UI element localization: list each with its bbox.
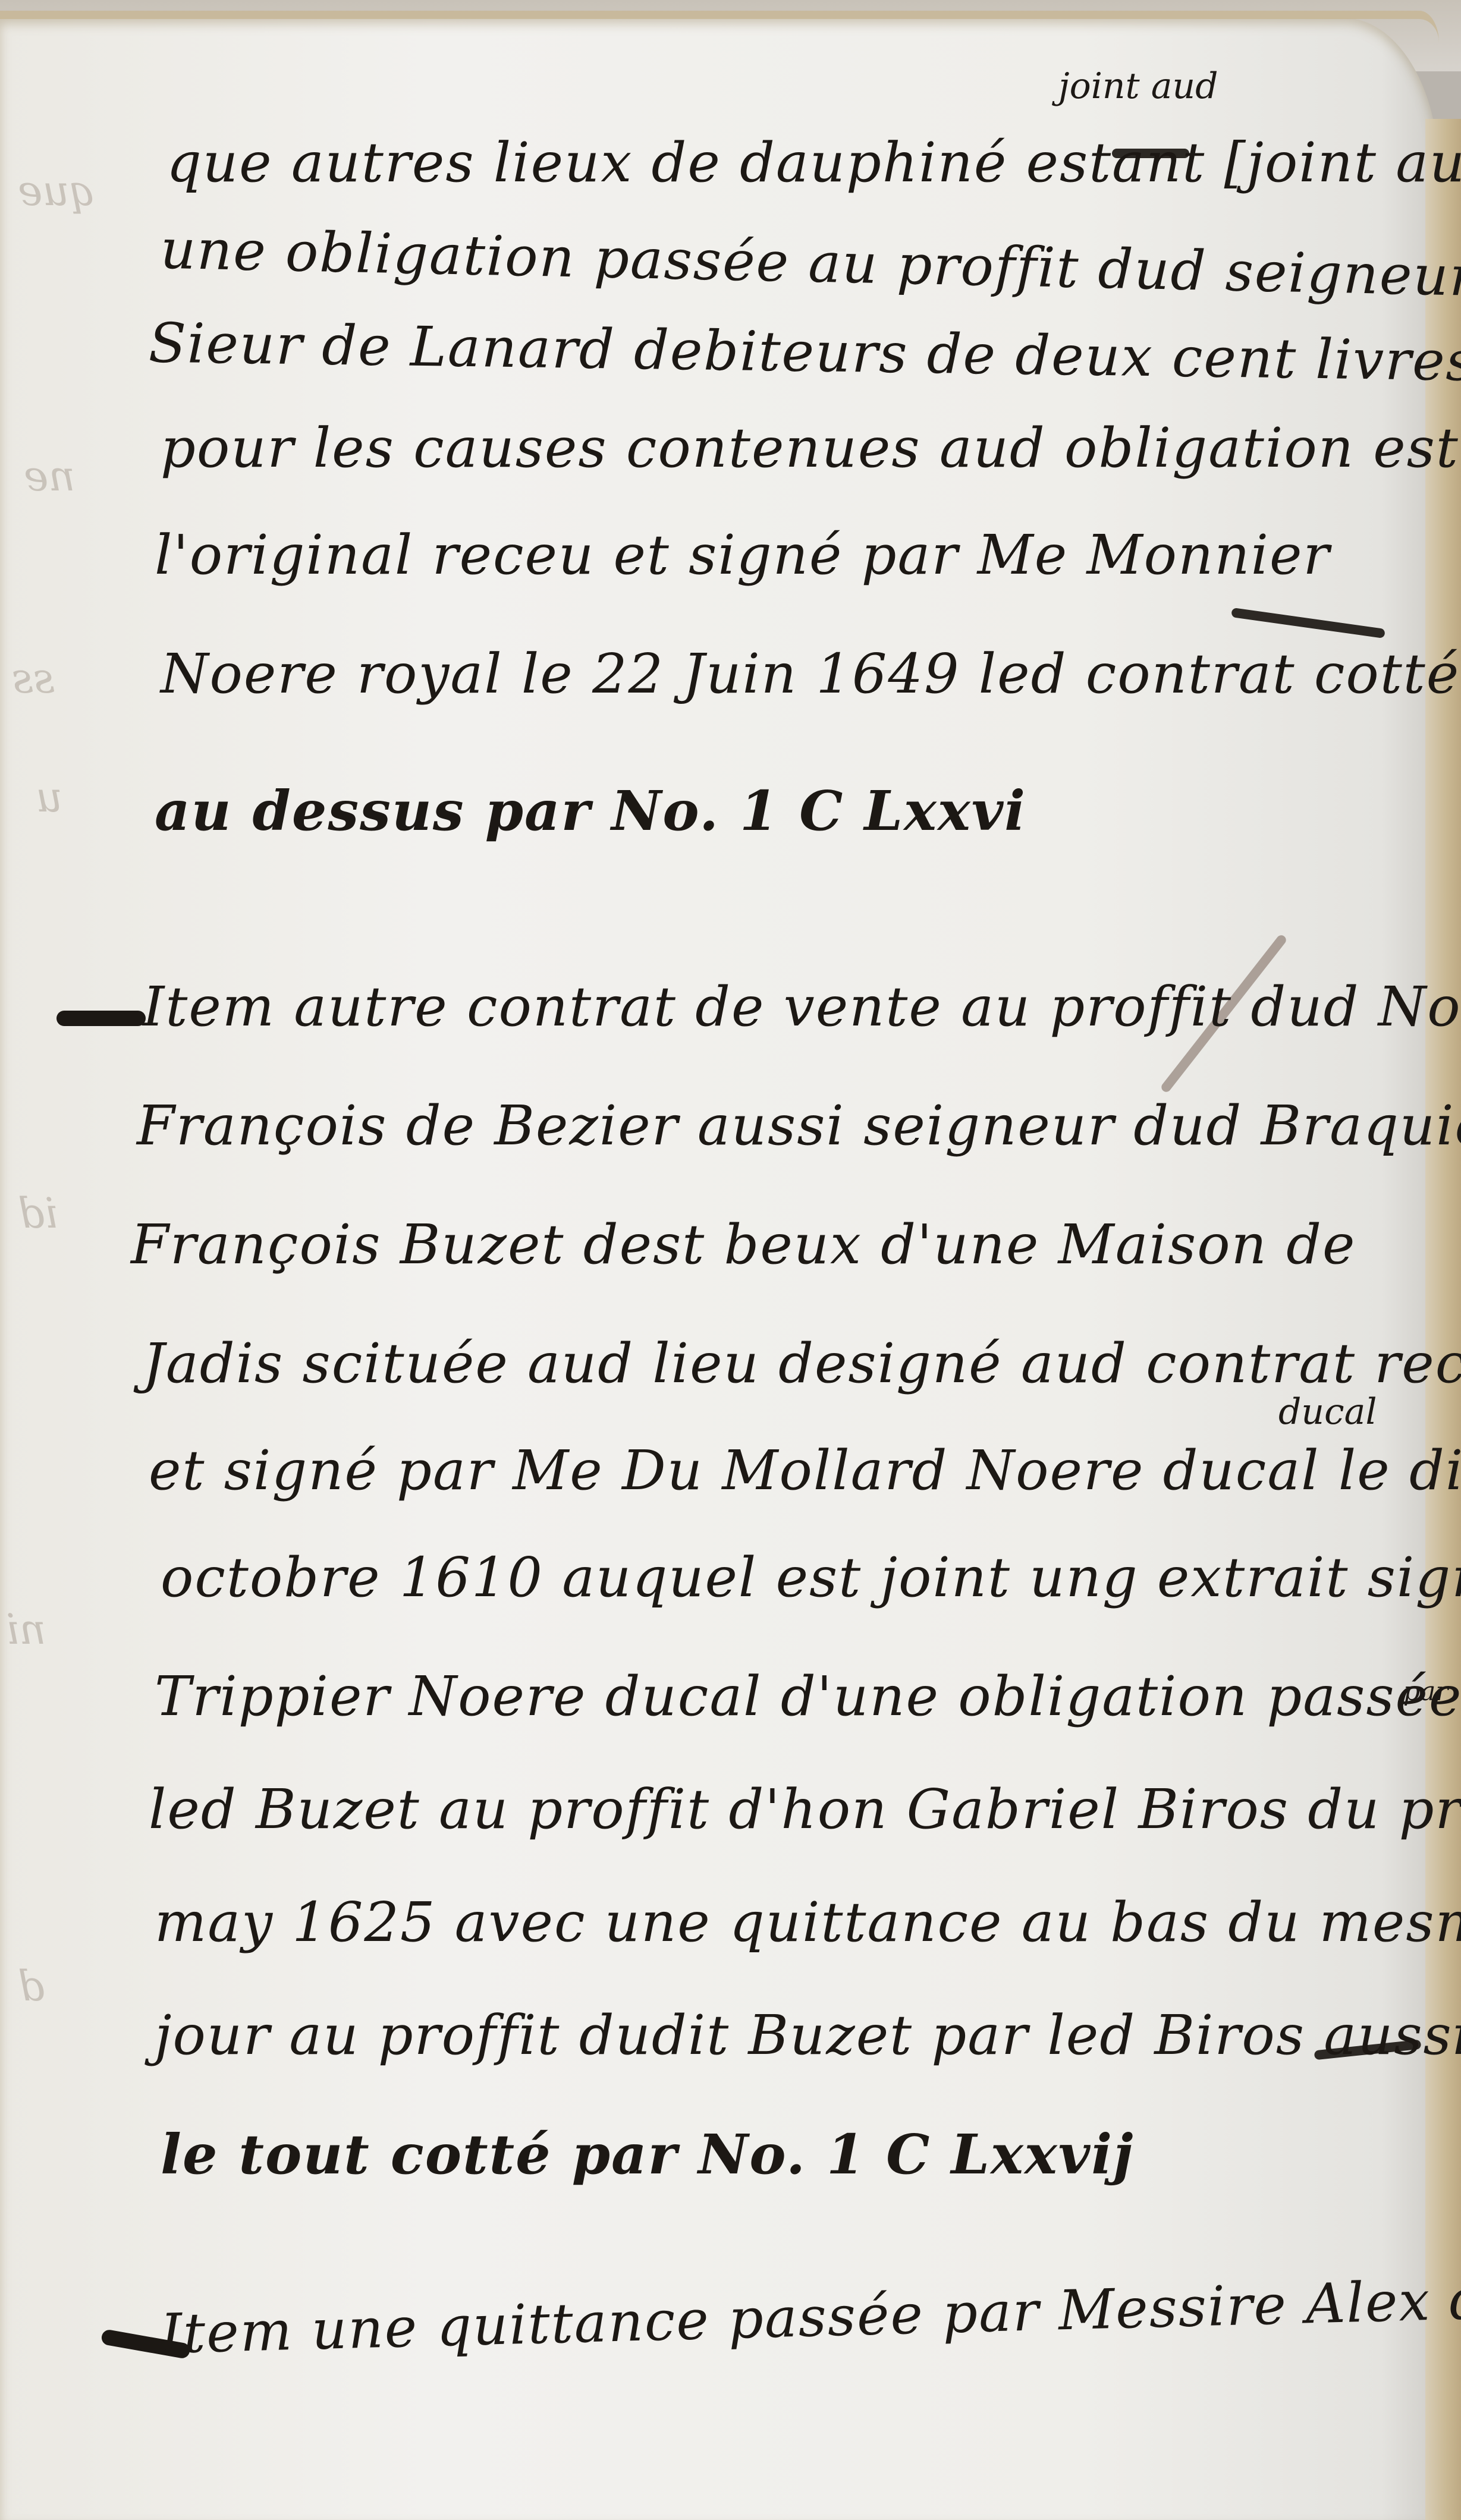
registry-mark-line: au dessus par No. 1 C Lxxvi (155, 779, 1026, 843)
interlinear-insertion: ducal (1278, 1391, 1377, 1433)
manuscript-line: Item autre contrat de vente au proffit d… (0, 975, 1461, 1039)
manuscript-line: Noere royal le 22 Juin 1649 led contrat … (0, 642, 1461, 706)
line-text: et signé par Me Du Mollard Noere ducal l… (149, 1439, 1461, 1502)
ink-strike (1112, 149, 1189, 158)
manuscript-line: Trippier Noere ducal d'une obligation pa… (0, 1665, 1461, 1728)
manuscript-line: Jadis scituée aud lieu designé aud contr… (0, 1332, 1461, 1395)
worn-page-edge (0, 11, 1439, 43)
manuscript-line: le tout cotté par No. 1 C Lxxvij (0, 2122, 1461, 2186)
line-text: l'original receu et signé par Me Monnier (155, 523, 1330, 587)
line-text: que autres lieux de dauphiné estant [joi… (166, 131, 1461, 194)
line-text: Noere royal le 22 Juin 1649 led contrat … (161, 642, 1460, 706)
line-text: pour les causes contenues aud obligation… (161, 416, 1461, 480)
manuscript-line: jour au proffit dudit Buzet par led Biro… (0, 2003, 1461, 2067)
line-text: led Buzet au proffit d'hon Gabriel Biros… (149, 1777, 1461, 1841)
line-text: may 1625 avec une quittance au bas du me… (155, 1890, 1461, 1954)
registry-mark-line: le tout cotté par No. 1 C Lxxvij (161, 2122, 1134, 2186)
manuscript-line: l'original receu et signé par Me Monnier (0, 523, 1461, 587)
manuscript-line: led Buzet au proffit d'hon Gabriel Biros… (0, 1777, 1461, 1841)
line-text: François de Bezier aussi seigneur dud Br… (137, 1094, 1461, 1157)
line-text: jour au proffit dudit Buzet par led Biro… (155, 2003, 1461, 2067)
line-text: Trippier Noere ducal d'une obligation pa… (155, 1665, 1461, 1728)
manuscript-line: au dessus par No. 1 C Lxxvi (0, 779, 1461, 843)
line-text: octobre 1610 auquel est joint ung extrai… (161, 1546, 1461, 1609)
manuscript-line: may 1625 avec une quittance au bas du me… (0, 1890, 1461, 1954)
manuscript-line: François de Bezier aussi seigneur dud Br… (0, 1094, 1461, 1157)
line-text: Jadis scituée aud lieu designé aud contr… (143, 1332, 1461, 1395)
interlinear-insertion: joint aud (1058, 65, 1218, 107)
line-text: Item autre contrat de vente au proffit d… (143, 975, 1461, 1039)
manuscript-line: pour les causes contenues aud obligation… (0, 416, 1461, 480)
manuscript-line: que autres lieux de dauphiné estant [joi… (0, 131, 1461, 194)
manuscript-line: et signé par Me Du Mollard Noere ducal l… (0, 1439, 1461, 1502)
manuscript-line: François Buzet dest beux d'une Maison de (0, 1213, 1461, 1276)
manuscript-line: octobre 1610 auquel est joint ung extrai… (0, 1546, 1461, 1609)
line-text: François Buzet dest beux d'une Maison de (131, 1213, 1356, 1276)
